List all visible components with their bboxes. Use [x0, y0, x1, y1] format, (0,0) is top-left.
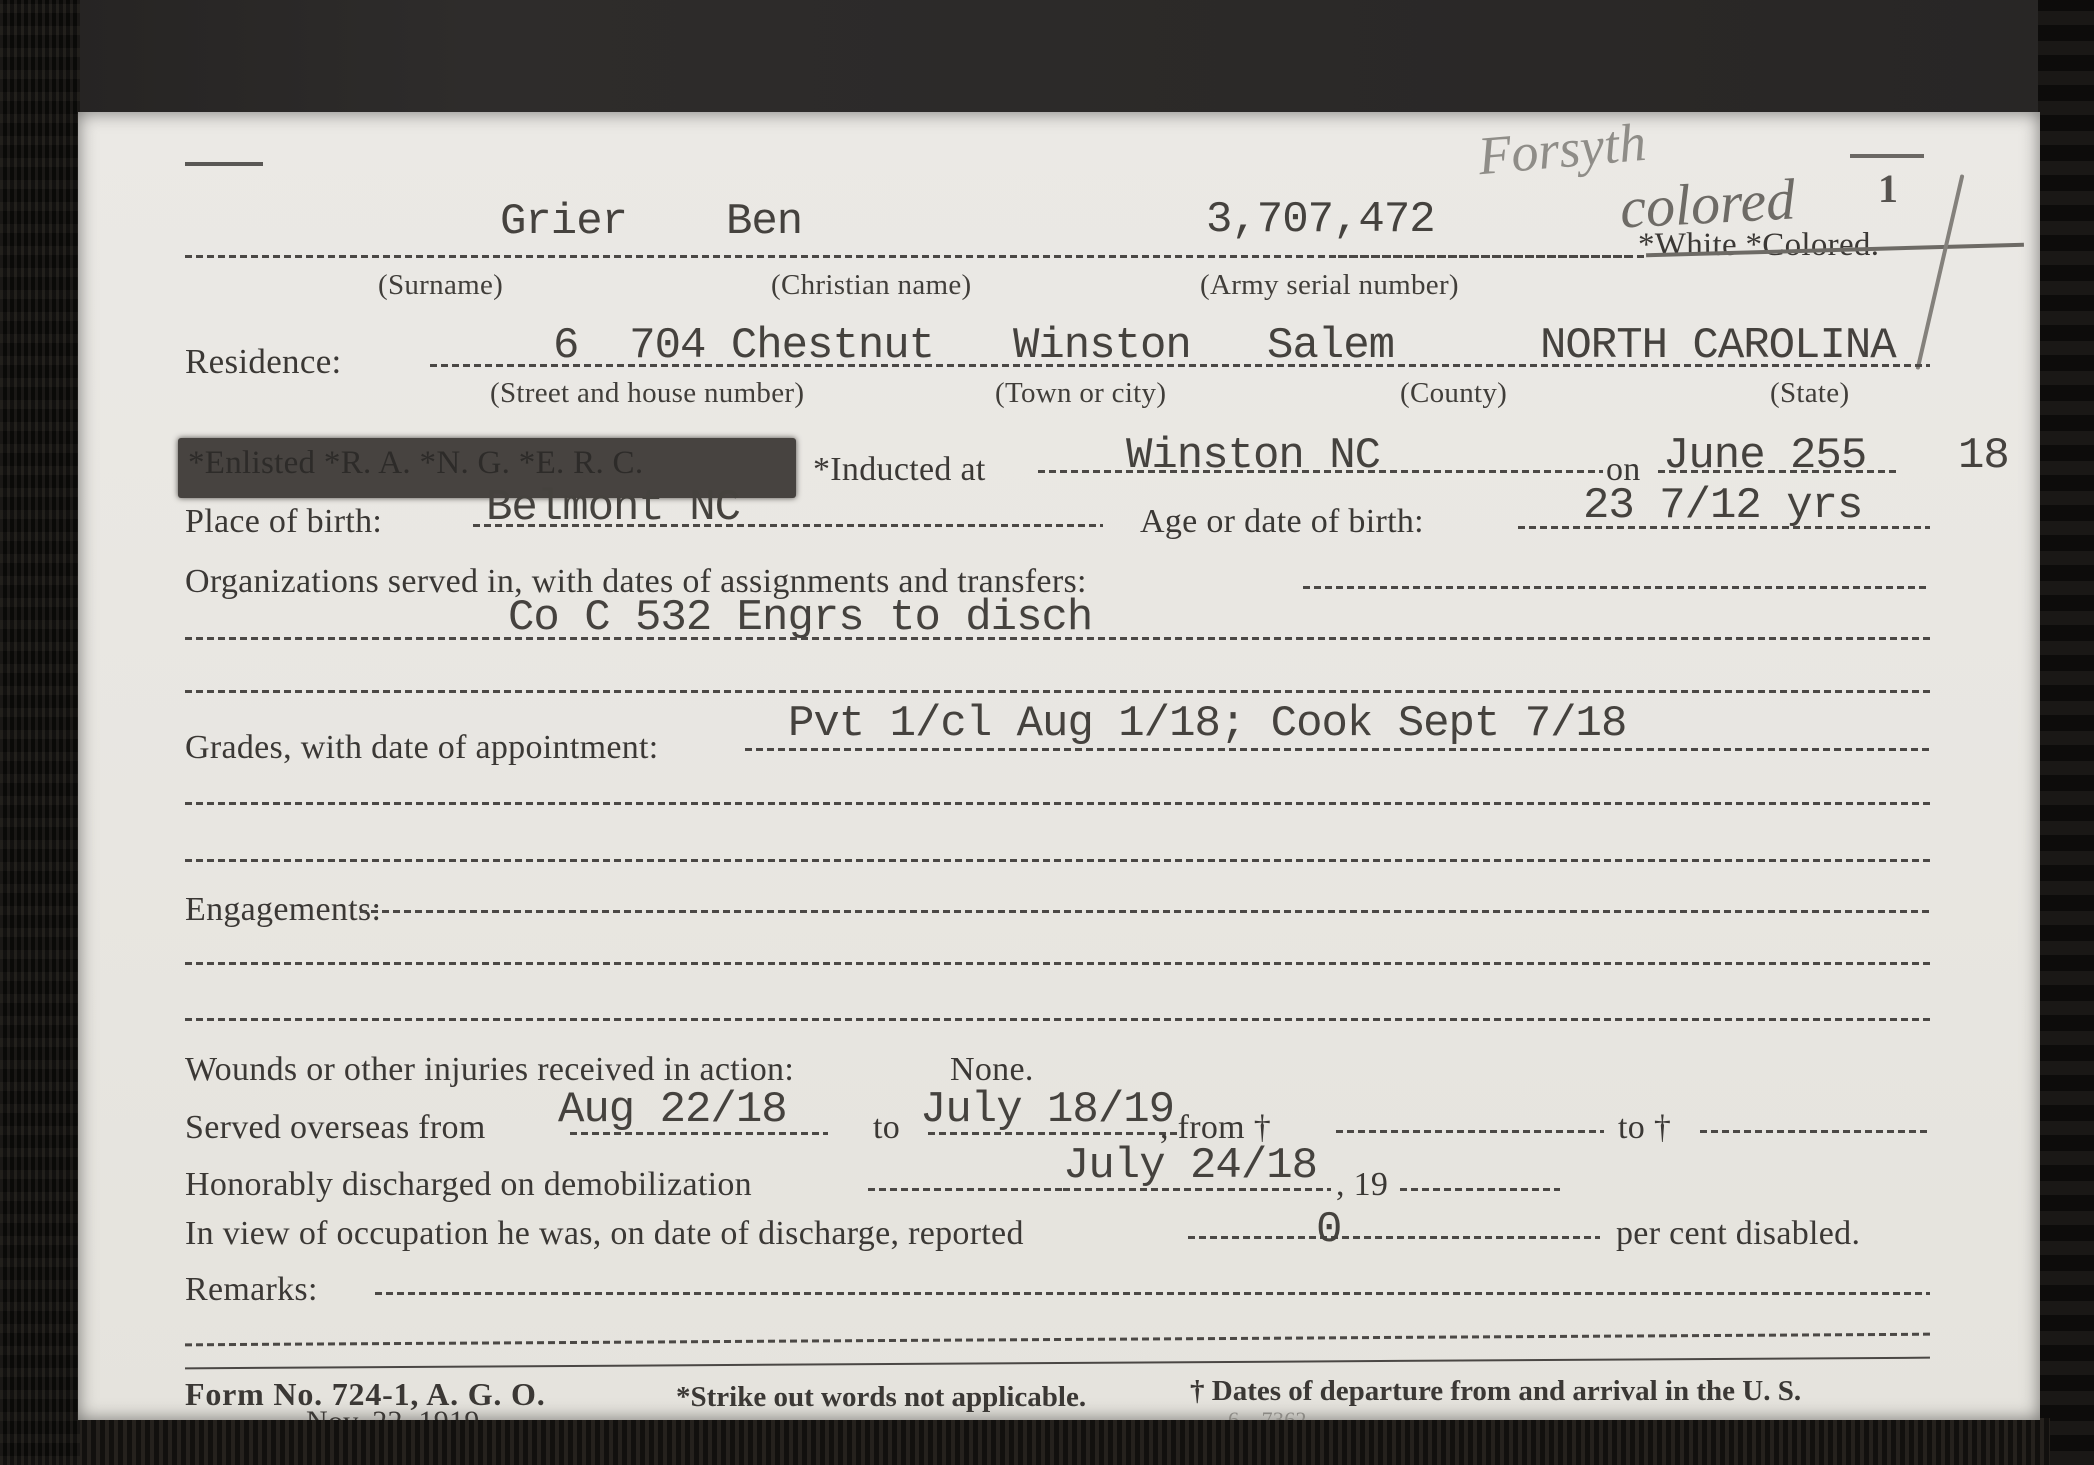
- print-code: 6—7362: [1228, 1408, 1307, 1420]
- footnote-dates: † Dates of departure from and arrival in…: [1190, 1376, 1801, 1406]
- form-date: Nov. 22, 1919.: [306, 1406, 487, 1420]
- wounds-value: None.: [950, 1052, 1034, 1088]
- remarks-label: Remarks:: [185, 1272, 318, 1308]
- town-label: (Town or city): [995, 378, 1166, 408]
- pencil-stroke: [1916, 174, 1965, 370]
- army-serial-value: 3,707,472: [1206, 198, 1435, 242]
- residence-label: Residence:: [185, 344, 342, 381]
- overseas-rule-3: [1336, 1130, 1604, 1133]
- inducted-year-value: 18: [1958, 434, 2009, 478]
- engagements-rule-2: [185, 962, 1930, 965]
- organizations-rule-2: [185, 637, 1930, 640]
- age-label: Age or date of birth:: [1140, 504, 1424, 540]
- footer-solid-rule: [185, 1357, 1930, 1370]
- discharge-rule-2: [1063, 1188, 1331, 1191]
- grades-label: Grades, with date of appointment:: [185, 730, 659, 766]
- overseas-rule-1: [570, 1132, 828, 1135]
- organizations-rule-1: [1303, 586, 1930, 589]
- grades-value: Pvt 1/cl Aug 1/18; Cook Sept 7/18: [788, 702, 1626, 746]
- engagements-rule-1: [360, 910, 1930, 913]
- street-label: (Street and house number): [490, 378, 804, 408]
- state-label: (State): [1770, 378, 1849, 408]
- footnote-strike-out: *Strike out words not applicable.: [676, 1382, 1086, 1412]
- book-binding-edge: [0, 0, 80, 1465]
- overseas-rule-2: [928, 1132, 1180, 1135]
- discharge-rule-1: [868, 1188, 1063, 1191]
- engagements-rule-3: [185, 1018, 1930, 1021]
- street-value: 6 704 Chestnut: [553, 324, 934, 368]
- state-value: NORTH CAROLINA: [1540, 324, 1896, 368]
- disability-value: 0: [1316, 1208, 1341, 1252]
- grades-rule-bottom: [185, 802, 1930, 805]
- birth-place-label: Place of birth:: [185, 504, 382, 540]
- wounds-label: Wounds or other injuries received in act…: [185, 1052, 794, 1088]
- overseas-to-label: to: [873, 1110, 900, 1146]
- discharge-rule-3: [1400, 1188, 1560, 1191]
- overseas-label: Served overseas from: [185, 1110, 486, 1146]
- age-value: 23 7/12 yrs: [1583, 484, 1862, 528]
- grades-rule-mid: [745, 748, 1930, 751]
- disability-rule: [1188, 1236, 1600, 1239]
- overseas-to2-label: to †: [1618, 1110, 1671, 1146]
- inducted-place-value: Winston NC: [1126, 434, 1380, 478]
- town-county-value: Winston Salem: [1013, 324, 1394, 368]
- race-printed: *White *Colored.: [1638, 228, 1879, 263]
- footer-dashed-rule: [185, 1333, 1930, 1347]
- discharge-year-label: , 19: [1336, 1167, 1388, 1203]
- remarks-rule: [375, 1292, 1930, 1295]
- overseas-to1-value: July 18/19: [920, 1088, 1174, 1132]
- inducted-at-label: *Inducted at: [813, 452, 986, 488]
- inducted-date-value: June 255: [1663, 434, 1866, 478]
- race-rule: [1338, 255, 1628, 258]
- birth-place-rule: [473, 524, 1103, 527]
- discharge-date-value: July 24/18: [1063, 1144, 1317, 1188]
- engagements-rule-top: [185, 859, 1930, 862]
- scan-border-top: [70, 0, 2094, 114]
- scan-border-right: [2038, 0, 2094, 1465]
- grades-rule-top: [185, 690, 1930, 693]
- county-label: (County): [1400, 378, 1507, 408]
- service-record-card: Grier Ben 3,707,472 (Surname) (Christian…: [78, 112, 2040, 1420]
- christian-name-value: Ben: [726, 200, 802, 244]
- scan-border-bottom: [60, 1418, 2050, 1465]
- engagements-label: Engagements:: [185, 892, 381, 928]
- serial-number-label: (Army serial number): [1200, 270, 1459, 300]
- christian-name-label: (Christian name): [771, 270, 972, 300]
- organizations-value: Co C 532 Engrs to disch: [508, 596, 1092, 640]
- scanned-service-record: Grier Ben 3,707,472 (Surname) (Christian…: [0, 0, 2094, 1465]
- page-number: 1: [1878, 168, 1898, 210]
- disability-suffix: per cent disabled.: [1616, 1216, 1860, 1252]
- page-number-overline: [1850, 154, 1924, 158]
- top-left-mark: [185, 162, 263, 166]
- overseas-from1-value: Aug 22/18: [558, 1088, 787, 1132]
- residence-rule: [430, 364, 1930, 367]
- overseas-rule-4: [1700, 1130, 1930, 1133]
- discharge-label: Honorably discharged on demobilization: [185, 1167, 752, 1203]
- enlisted-struck-text: *Enlisted *R. A. *N. G. *E. R. C.: [188, 446, 796, 481]
- surname-label: (Surname): [378, 270, 503, 300]
- surname-value: Grier: [500, 200, 627, 244]
- disability-label: In view of occupation he was, on date of…: [185, 1216, 1024, 1252]
